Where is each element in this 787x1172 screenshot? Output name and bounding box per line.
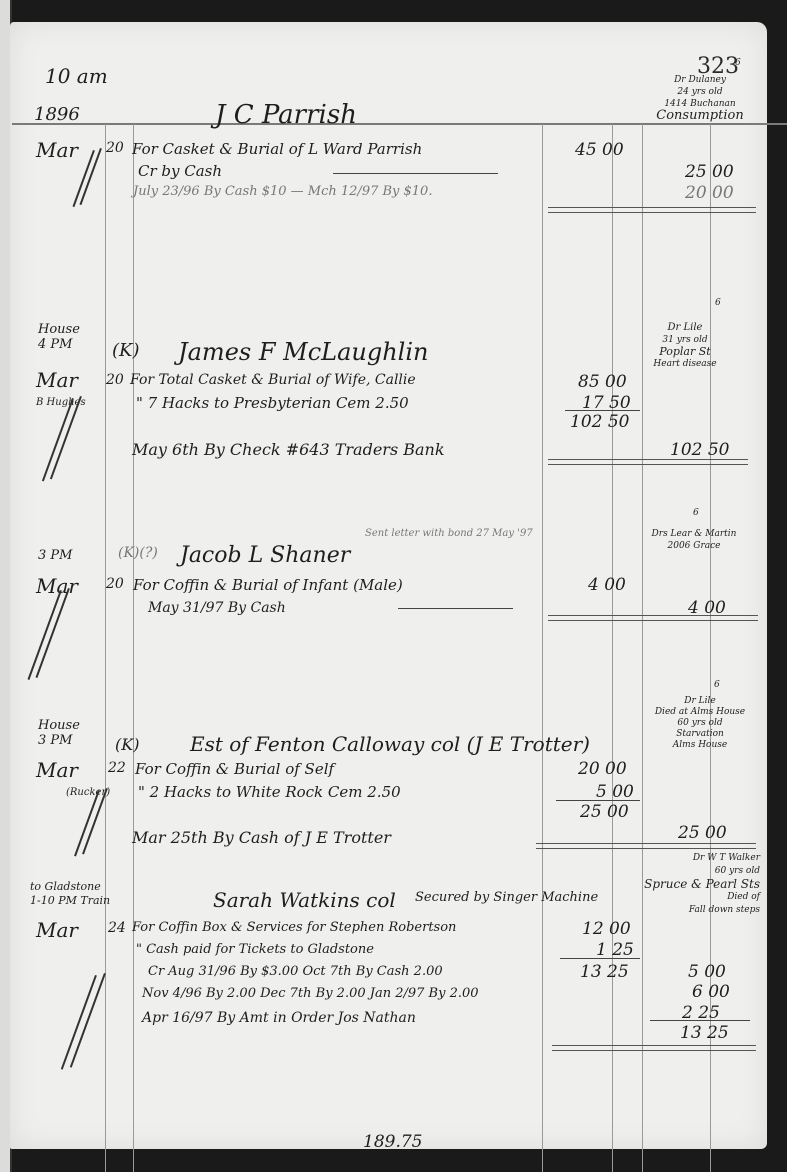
balance-rule bbox=[548, 459, 748, 465]
note-mark: 6 bbox=[735, 58, 741, 68]
page-footer-total: 189.75 bbox=[363, 1132, 422, 1152]
subtotal-rule bbox=[565, 410, 640, 411]
cause-of-death-note: Dr Lile 31 yrs old Poplar St Heart disea… bbox=[620, 322, 750, 370]
entry-time: 3 PM bbox=[38, 548, 72, 563]
entry-prefix: (K)(?) bbox=[118, 545, 158, 561]
entry-line: Apr 16/97 By Amt in Order Jos Nathan bbox=[142, 1010, 416, 1026]
entry-name: Est of Fenton Calloway col (J E Trotter) bbox=[190, 732, 590, 756]
time-note: 10 am bbox=[45, 64, 108, 88]
entry-month: Mar bbox=[36, 368, 78, 392]
column-rule-debit-cents bbox=[612, 124, 613, 1172]
entry-day: 20 bbox=[106, 372, 124, 388]
entry-line: " Cash paid for Tickets to Gladstone bbox=[136, 942, 374, 957]
entry-annotation: Sent letter with bond 27 May '97 bbox=[365, 528, 533, 539]
debit-total: 13 25 bbox=[580, 962, 629, 982]
entry-line: For Coffin & Burial of Self bbox=[135, 760, 334, 778]
note-mark: 6 bbox=[715, 298, 721, 308]
column-rule-month bbox=[105, 124, 106, 1172]
entry-time: House4 PM bbox=[38, 322, 80, 352]
entry-annotation: Secured by Singer Machine bbox=[415, 890, 598, 905]
column-rule-credit bbox=[642, 124, 643, 1172]
entry-day: 24 bbox=[108, 920, 126, 936]
entry-line: " 7 Hacks to Presbyterian Cem 2.50 bbox=[136, 394, 409, 412]
entry-line: May 6th By Check #643 Traders Bank bbox=[132, 440, 445, 459]
credit-amount: 102 50 bbox=[670, 440, 729, 460]
note-mark: 6 bbox=[693, 508, 699, 518]
entry-day: 20 bbox=[106, 576, 124, 592]
strike-line bbox=[398, 608, 513, 609]
entry-name: J C Parrish bbox=[215, 100, 357, 130]
credit-amount: 20 00 bbox=[685, 183, 734, 203]
balance-rule bbox=[536, 843, 756, 849]
subtotal-rule bbox=[556, 800, 640, 801]
debit-amount: 85 00 bbox=[578, 372, 627, 392]
entry-month: Mar bbox=[36, 138, 78, 162]
column-rule-day bbox=[133, 124, 134, 1172]
entry-month: Mar bbox=[36, 758, 78, 782]
entry-line: Nov 4/96 By 2.00 Dec 7th By 2.00 Jan 2/9… bbox=[142, 986, 479, 1001]
debit-amount: 5 00 bbox=[596, 782, 634, 802]
debit-total: 25 00 bbox=[580, 802, 629, 822]
entry-day: 20 bbox=[106, 140, 124, 156]
entry-name: James F McLaughlin bbox=[178, 338, 428, 366]
debit-amount: 4 00 bbox=[588, 575, 626, 595]
column-rule-debit bbox=[542, 124, 543, 1172]
balance-rule bbox=[548, 615, 758, 621]
entry-line: May 31/97 By Cash bbox=[148, 600, 286, 616]
entry-line: Mar 25th By Cash of J E Trotter bbox=[132, 828, 391, 847]
entry-month: Mar bbox=[36, 918, 78, 942]
cause-of-death-note: Drs Lear & Martin2006 Grace bbox=[632, 528, 756, 552]
entry-line: July 23/96 By Cash $10 — Mch 12/97 By $1… bbox=[133, 184, 432, 199]
balance-rule bbox=[552, 1045, 756, 1051]
year: 1896 bbox=[34, 104, 80, 125]
entry-line: For Total Casket & Burial of Wife, Calli… bbox=[130, 372, 416, 388]
cause-of-death-note: Dr LileDied at Alms House 60 yrs oldStar… bbox=[640, 696, 760, 751]
strike-line bbox=[333, 173, 498, 174]
credit-amount: 25 00 bbox=[678, 823, 727, 843]
debit-amount: 20 00 bbox=[578, 759, 627, 779]
entry-line: For Coffin & Burial of Infant (Male) bbox=[133, 576, 403, 594]
entry-name: Sarah Watkins col bbox=[213, 888, 396, 912]
cause-of-death-note: Dr Dulaney 24 yrs old 1414 Buchanan Cons… bbox=[640, 74, 760, 122]
credit-total: 13 25 bbox=[680, 1023, 729, 1043]
credit-amount: 6 00 bbox=[692, 982, 730, 1002]
debit-amount: 12 00 bbox=[582, 919, 631, 939]
balance-rule bbox=[548, 207, 756, 213]
entry-line: For Casket & Burial of L Ward Parrish bbox=[132, 140, 422, 158]
entry-prefix: (K) bbox=[112, 340, 140, 361]
entry-time: House3 PM bbox=[38, 718, 80, 748]
subtotal-rule bbox=[650, 1020, 750, 1021]
entry-line: Cr Aug 31/96 By $3.00 Oct 7th By Cash 2.… bbox=[148, 964, 443, 979]
entry-time: to Gladstone1-10 PM Train bbox=[30, 880, 110, 908]
entry-line: Cr by Cash bbox=[138, 162, 222, 180]
header-rule bbox=[12, 123, 787, 125]
debit-amount: 45 00 bbox=[575, 140, 624, 160]
note-mark: 6 bbox=[714, 680, 720, 690]
debit-total: 102 50 bbox=[570, 412, 629, 432]
debit-amount: 1 25 bbox=[596, 940, 634, 960]
cause-of-death-note: Dr W T Walker60 yrs old Spruce & Pearl S… bbox=[590, 852, 760, 917]
entry-name: Jacob L Shaner bbox=[180, 543, 350, 568]
entry-line: For Coffin Box & Services for Stephen Ro… bbox=[132, 920, 456, 935]
entry-month: Mar bbox=[36, 574, 78, 598]
credit-amount: 5 00 bbox=[688, 962, 726, 982]
subtotal-rule bbox=[560, 958, 640, 959]
entry-prefix: (K) bbox=[115, 735, 139, 754]
entry-line: " 2 Hacks to White Rock Cem 2.50 bbox=[138, 783, 401, 801]
credit-amount: 25 00 bbox=[685, 162, 734, 182]
entry-day: 22 bbox=[108, 760, 126, 776]
